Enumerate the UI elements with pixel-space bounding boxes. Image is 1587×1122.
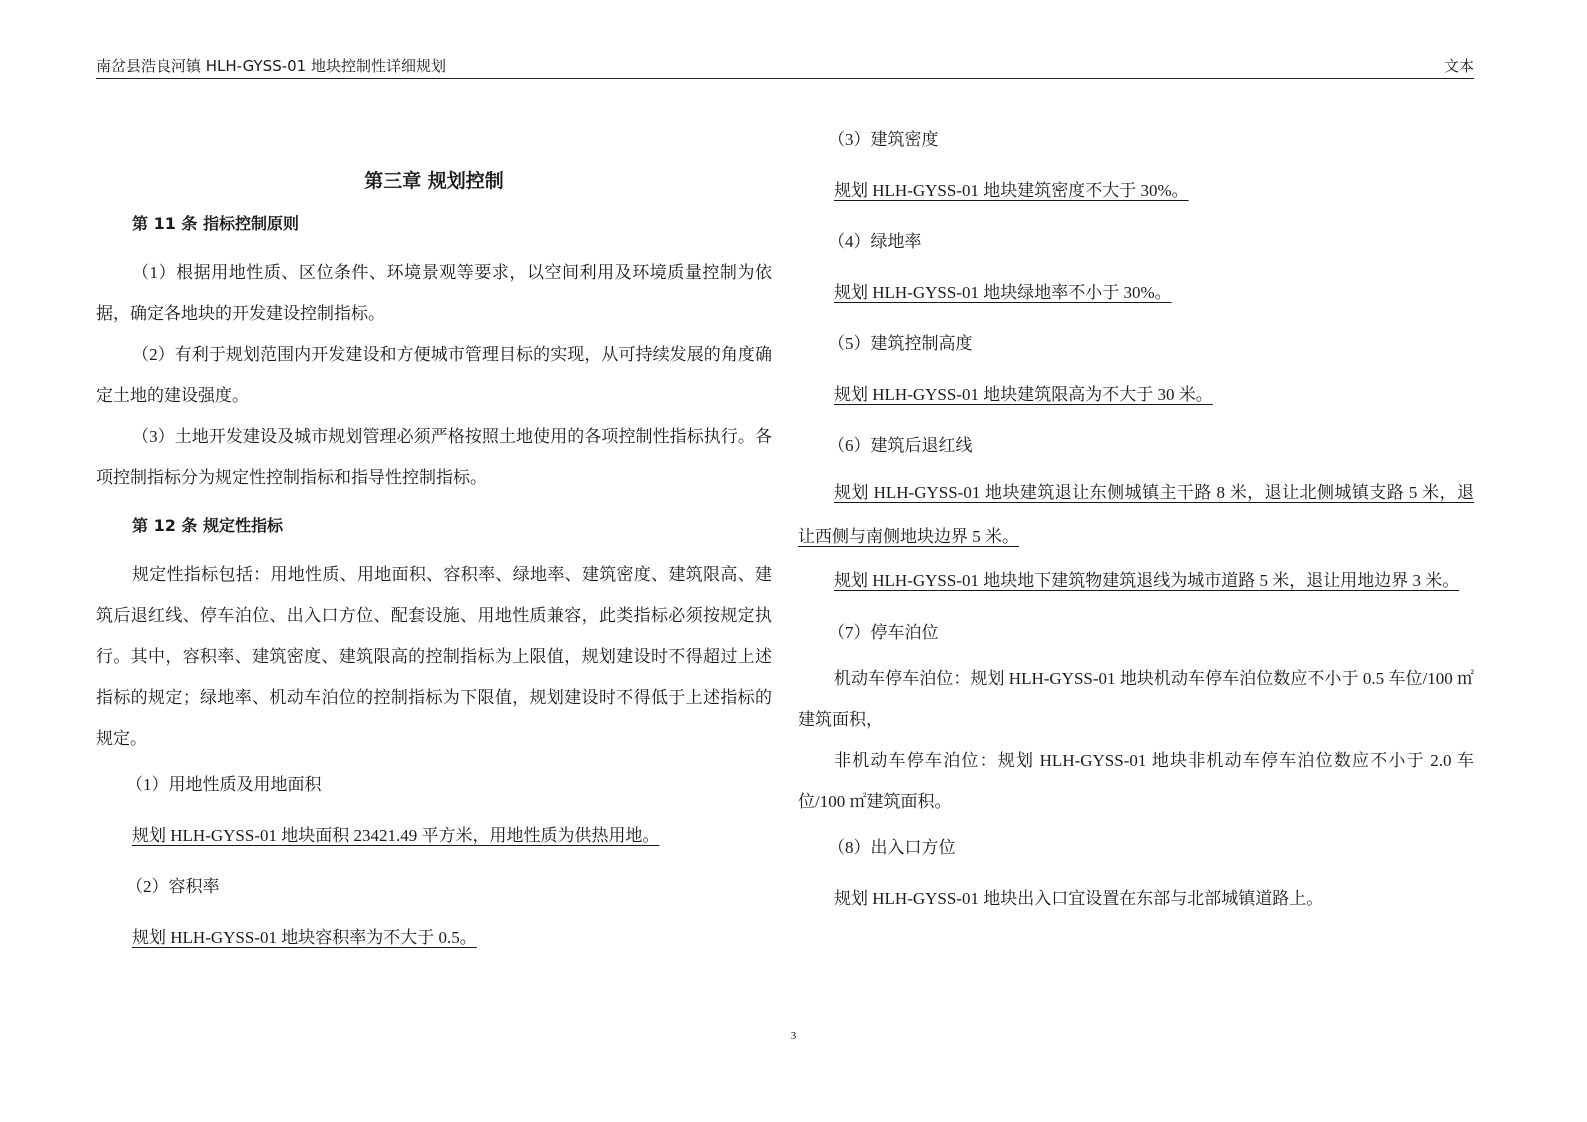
article-11-para-3: （3）土地开发建设及城市规划管理必须严格按照土地使用的各项控制性指标执行。各项控…	[96, 416, 772, 498]
item-8-text: 规划 HLH-GYSS-01 地块出入口宜设置在东部与北部城镇道路上。	[798, 873, 1474, 924]
right-column: （3）建筑密度 规划 HLH-GYSS-01 地块建筑密度不大于 30%。 （4…	[798, 114, 1474, 924]
item-6-heading: （6）建筑后退红线	[798, 420, 1474, 471]
item-2-text: 规划 HLH-GYSS-01 地块容积率为不大于 0.5。	[96, 912, 772, 963]
section-label: 文本	[1444, 56, 1474, 76]
item-7-text-2: 非机动车停车泊位：规划 HLH-GYSS-01 地块非机动车停车泊位数应不小于 …	[798, 740, 1474, 822]
chapter-title: 第三章 规划控制	[96, 162, 772, 200]
page-number: 3	[0, 1030, 1587, 1042]
item-1-text: 规划 HLH-GYSS-01 地块面积 23421.49 平方米，用地性质为供热…	[96, 810, 772, 861]
article-12-intro: 规定性指标包括：用地性质、用地面积、容积率、绿地率、建筑密度、建筑限高、建筑后退…	[96, 554, 772, 759]
item-1-heading: （1）用地性质及用地面积	[96, 759, 772, 810]
item-7-text-1: 机动车停车泊位：规划 HLH-GYSS-01 地块机动车停车泊位数应不小于 0.…	[798, 658, 1474, 740]
article-11-para-1: （1）根据用地性质、区位条件、环境景观等要求，以空间利用及环境质量控制为依据，确…	[96, 252, 772, 334]
item-4-text: 规划 HLH-GYSS-01 地块绿地率不小于 30%。	[798, 267, 1474, 318]
item-3-heading: （3）建筑密度	[798, 114, 1474, 165]
item-2-heading: （2）容积率	[96, 861, 772, 912]
item-8-heading: （8）出入口方位	[798, 822, 1474, 873]
document-title: 南岔县浩良河镇 HLH-GYSS-01 地块控制性详细规划	[96, 56, 446, 76]
item-5-text: 规划 HLH-GYSS-01 地块建筑限高为不大于 30 米。	[798, 369, 1474, 420]
item-5-heading: （5）建筑控制高度	[798, 318, 1474, 369]
item-4-heading: （4）绿地率	[798, 216, 1474, 267]
article-11-title: 第 11 条 指标控制原则	[96, 210, 772, 238]
item-3-text: 规划 HLH-GYSS-01 地块建筑密度不大于 30%。	[798, 165, 1474, 216]
left-column: 第三章 规划控制 第 11 条 指标控制原则 （1）根据用地性质、区位条件、环境…	[96, 120, 772, 963]
page-header: 南岔县浩良河镇 HLH-GYSS-01 地块控制性详细规划 文本	[96, 56, 1474, 79]
item-6-text-1: 规划 HLH-GYSS-01 地块建筑退让东侧城镇主干路 8 米，退让北侧城镇支…	[798, 471, 1474, 559]
article-12-title: 第 12 条 规定性指标	[96, 512, 772, 540]
item-6-text-2: 规划 HLH-GYSS-01 地块地下建筑物建筑退线为城市道路 5 米，退让用地…	[798, 559, 1474, 603]
item-7-heading: （7）停车泊位	[798, 607, 1474, 658]
article-11-para-2: （2）有利于规划范围内开发建设和方便城市管理目标的实现，从可持续发展的角度确定土…	[96, 334, 772, 416]
